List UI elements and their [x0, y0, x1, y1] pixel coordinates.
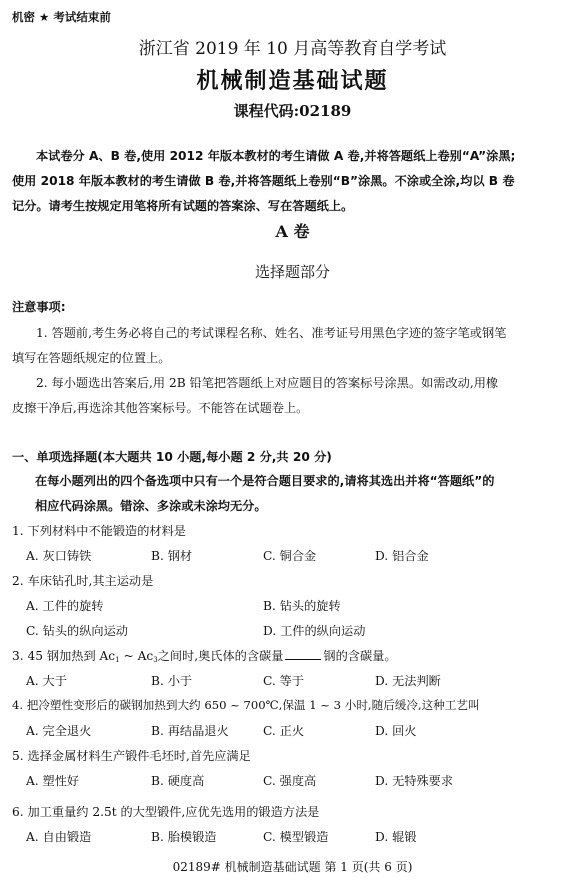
option-c: C. 正火 [263, 722, 304, 739]
part-title: 选择题部分 [0, 261, 585, 282]
option-d: D. 无特殊要求 [375, 772, 453, 789]
option-b: B. 小于 [151, 672, 192, 689]
stem-part: 3. 45 钢加热到 Ac [12, 649, 115, 663]
intro-line: 使用 2018 年版本教材的考生请做 B 卷,并将答题纸上卷别“B”涂黑。不涂或… [12, 172, 515, 189]
section-heading: 一、单项选择题(本大题共 10 小题,每小题 2 分,共 20 分) [12, 448, 332, 465]
note-line: 皮擦干净后,再选涂其他答案标号。不能答在试题卷上。 [12, 399, 308, 416]
option-a: A. 自由锻造 [26, 828, 91, 845]
option-d: D. 工件的纵向运动 [263, 622, 365, 639]
note-line: 1. 答题前,考生务必将自己的考试课程名称、姓名、准考证号用黑色字迹的签字笔或钢… [36, 324, 506, 341]
question-stem: 2. 车床钻孔时,其主运动是 [12, 572, 153, 589]
intro-line: 本试卷分 A、B 卷,使用 2012 年版本教材的考生请做 A 卷,并将答题纸上… [36, 147, 515, 164]
question-stem: 3. 45 钢加热到 Ac1 ~ Ac3之间时,奥氏体的含碳量钢的含碳量。 [12, 647, 397, 664]
page-footer: 02189# 机械制造基础试题 第 1 页(共 6 页) [0, 858, 585, 875]
option-c: C. 模型锻造 [263, 828, 328, 845]
stem-part: 之间时,奥氏体的含碳量 [158, 649, 284, 663]
stem-part: 钢的含碳量。 [323, 649, 396, 663]
option-b: B. 钢材 [151, 547, 192, 564]
fill-in-blank [285, 649, 321, 660]
exam-title: 浙江省 2019 年 10 月高等教育自学考试 [0, 34, 585, 59]
notes-heading: 注意事项: [12, 298, 66, 315]
option-b: B. 胎模锻造 [151, 828, 216, 845]
option-c: C. 强度高 [263, 772, 316, 789]
section-desc-line: 在每小题列出的四个备选项中只有一个是符合题目要求的,请将其选出并将“答题纸”的 [35, 472, 494, 489]
option-d: D. 无法判断 [375, 672, 441, 689]
note-line: 填写在答题纸规定的位置上。 [12, 349, 170, 366]
option-a: A. 工件的旋转 [26, 597, 104, 614]
question-stem: 6. 加工重量约 2.5t 的大型锻件,应优先选用的锻造方法是 [12, 803, 319, 820]
option-d: D. 回火 [375, 722, 416, 739]
option-c: C. 铜合金 [263, 547, 316, 564]
option-a: A. 大于 [26, 672, 67, 689]
question-stem: 5. 选择金属材料生产锻件毛坯时,首先应满足 [12, 747, 251, 764]
option-c: C. 钻头的纵向运动 [26, 622, 128, 639]
option-b: B. 硬度高 [151, 772, 204, 789]
intro-line: 记分。请考生按规定用笔将所有试题的答案涂、写在答题纸上。 [12, 197, 353, 214]
question-stem: 4. 把冷塑性变形后的碳钢加热到大约 650 ~ 700℃,保温 1 ~ 3 小… [12, 697, 480, 713]
question-stem: 1. 下列材料中不能锻造的材料是 [12, 522, 186, 539]
option-d: D. 辊锻 [375, 828, 416, 845]
note-line: 2. 每小题选出答案后,用 2B 铅笔把答题纸上对应题目的答案标号涂黑。如需改动… [36, 374, 498, 391]
subject-title: 机械制造基础试题 [0, 64, 585, 95]
option-b: B. 钻头的旋转 [263, 597, 341, 614]
volume-title: A 卷 [0, 219, 585, 242]
option-a: A. 灰口铸铁 [26, 547, 91, 564]
option-a: A. 完全退火 [26, 722, 91, 739]
stem-part: ~ Ac [120, 649, 154, 663]
option-b: B. 再结晶退火 [151, 722, 229, 739]
option-c: C. 等于 [263, 672, 304, 689]
course-code: 课程代码:02189 [0, 100, 585, 121]
option-d: D. 铝合金 [375, 547, 429, 564]
section-desc-line: 相应代码涂黑。错涂、多涂或未涂均无分。 [35, 497, 267, 514]
confidential-label: 机密 ★ 考试结束前 [12, 9, 111, 25]
option-a: A. 塑性好 [26, 772, 79, 789]
